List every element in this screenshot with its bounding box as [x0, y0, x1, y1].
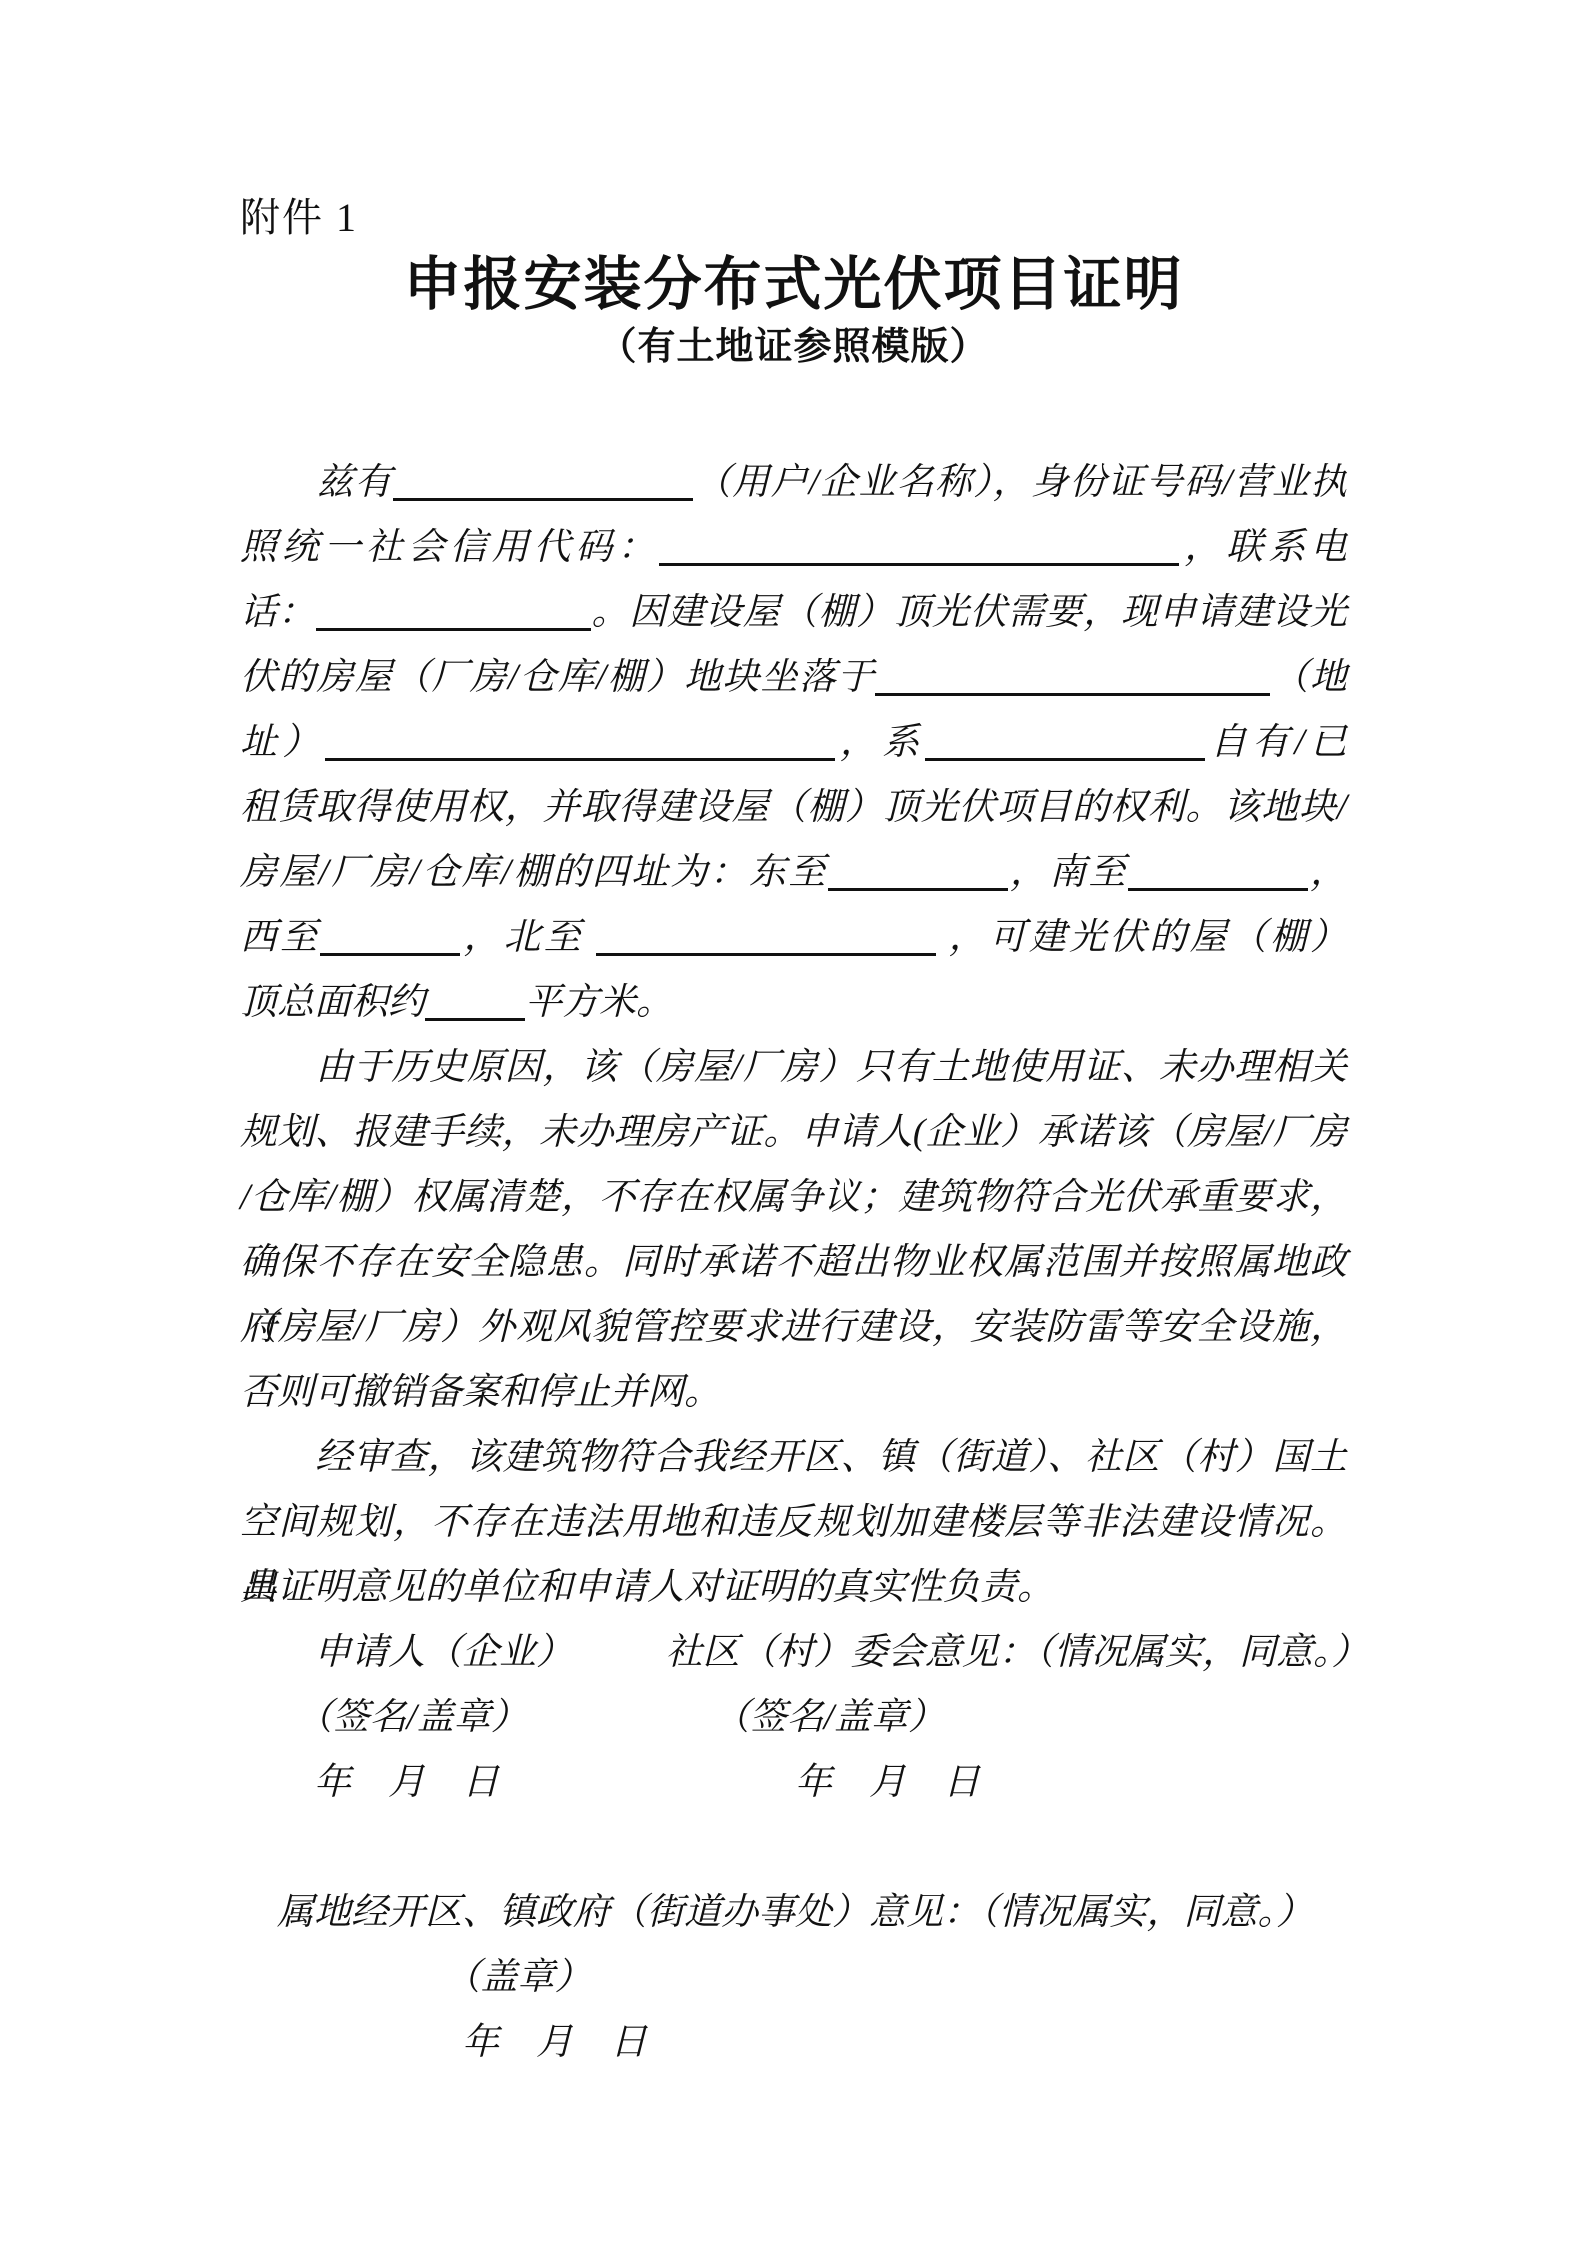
document-line: [240, 1815, 1347, 1880]
text-run: ，北至: [460, 917, 596, 958]
document-line: 规划、报建手续，未办理房产证。申请人(企业）承诺该（房屋/厂房: [240, 1100, 1347, 1165]
page-title: 申报安装分布式光伏项目证明: [240, 249, 1347, 321]
text-run: （盖章）: [240, 1957, 592, 1998]
text-run: ，系: [835, 722, 925, 763]
document-line: 顶总面积约平方米。: [240, 970, 1347, 1035]
document-line: 照统一社会信用代码：，联系电: [240, 515, 1347, 580]
text-run: 。因建设屋（棚）顶光伏需要，现申请建设光: [591, 592, 1347, 633]
page-subtitle: （有土地证参照模版）: [240, 321, 1347, 373]
document-line: 租赁取得使用权，并取得建设屋（棚）顶光伏项目的权利。该地块/: [240, 775, 1347, 840]
text-run: 申请人（企业） 社区（村）委会意见：（情况属实，同意。）: [240, 1632, 1369, 1673]
text-run: 房屋/厂房/仓库/棚的四址为：东至: [240, 852, 828, 893]
text-run: 具证明意见的单位和申请人对证明的真实性负责。: [240, 1567, 1054, 1608]
document-line: 空间规划，不存在违法用地和违反规划加建楼层等非法建设情况。出: [240, 1490, 1347, 1555]
text-run: 兹有: [240, 462, 393, 503]
document-line: 属地经开区、镇政府（街道办事处）意见：（情况属实，同意。）: [240, 1880, 1347, 1945]
text-run: 属地经开区、镇政府（街道办事处）意见：（情况属实，同意。）: [240, 1892, 1313, 1933]
fill-in-blank-underline: [925, 746, 1205, 761]
fill-in-blank-underline: [875, 681, 1270, 696]
text-run: 经审查，该建筑物符合我经开区、镇（街道）、社区（村）国土: [240, 1437, 1347, 1478]
text-run: 伏的房屋（厂房/仓库/棚）地块坐落于: [240, 657, 875, 698]
text-run: ，联系电: [1179, 527, 1347, 568]
text-run: 由于历史原因，该（房屋/厂房）只有土地使用证、未办理相关: [240, 1047, 1347, 1088]
document-line: 年 月 日: [240, 2010, 1347, 2075]
fill-in-blank-underline: [320, 941, 460, 956]
document-body: 兹有（用户/企业名称），身份证号码/营业执照统一社会信用代码：，联系电话：。因建…: [240, 450, 1347, 2075]
document-line: 伏的房屋（厂房/仓库/棚）地块坐落于（地: [240, 645, 1347, 710]
text-run: /仓库/棚）权属清楚，不存在权属争议；建筑物符合光伏承重要求，: [240, 1177, 1347, 1218]
text-run: 自有/已: [1205, 722, 1348, 763]
text-run: （签名/盖章） （签名/盖章）: [240, 1697, 945, 1738]
document-line: 话：。因建设屋（棚）顶光伏需要，现申请建设光: [240, 580, 1347, 645]
text-run: 年 月 日: [240, 2022, 647, 2063]
document-line: （签名/盖章） （签名/盖章）: [240, 1685, 1347, 1750]
text-run: 租赁取得使用权，并取得建设屋（棚）顶光伏项目的权利。该地块/: [240, 787, 1347, 828]
document-line: 否则可撤销备案和停止并网。: [240, 1360, 1347, 1425]
fill-in-blank-underline: [1128, 876, 1308, 891]
fill-in-blank-underline: [316, 616, 591, 631]
fill-in-blank-underline: [659, 551, 1179, 566]
fill-in-blank-underline: [828, 876, 1008, 891]
document-line: 由于历史原因，该（房屋/厂房）只有土地使用证、未办理相关: [240, 1035, 1347, 1100]
document-line: 址），系自有/已: [240, 710, 1347, 775]
text-run: （房屋/厂房）外观风貌管控要求进行建设，安装防雷等安全设施，: [240, 1307, 1347, 1348]
text-run: 照统一社会信用代码：: [240, 527, 659, 568]
text-run: 否则可撤销备案和停止并网。: [240, 1372, 721, 1413]
text-run: 址）: [240, 722, 325, 763]
document-line: 年 月 日 年 月 日: [240, 1750, 1347, 1815]
text-run: 西至: [240, 917, 320, 958]
document-line: 兹有（用户/企业名称），身份证号码/营业执: [240, 450, 1347, 515]
text-run: 规划、报建手续，未办理房产证。申请人(企业）承诺该（房屋/厂房: [240, 1112, 1347, 1153]
document-line: 房屋/厂房/仓库/棚的四址为：东至，南至，: [240, 840, 1347, 905]
text-run: 话：: [240, 592, 316, 633]
text-run: （地: [1270, 657, 1347, 698]
document-line: 西至，北至 ，可建光伏的屋（棚）: [240, 905, 1347, 970]
text-run: 年 月 日 年 月 日: [240, 1762, 980, 1803]
fill-in-blank-underline: [393, 486, 693, 501]
document-line: /仓库/棚）权属清楚，不存在权属争议；建筑物符合光伏承重要求，: [240, 1165, 1347, 1230]
document-line: 确保不存在安全隐患。同时承诺不超出物业权属范围并按照属地政府: [240, 1230, 1347, 1295]
fill-in-blank-underline: [596, 941, 936, 956]
text-run: 平方米。: [525, 982, 673, 1023]
text-run: ，可建光伏的屋（棚）: [936, 917, 1347, 958]
document-line: （盖章）: [240, 1945, 1347, 2010]
attachment-label: 附件 1: [240, 195, 1347, 241]
fill-in-blank-underline: [425, 1006, 525, 1021]
document-line: 申请人（企业） 社区（村）委会意见：（情况属实，同意。）: [240, 1620, 1347, 1685]
fill-in-blank-underline: [325, 746, 835, 761]
text-run: （用户/企业名称），身份证号码/营业执: [693, 462, 1347, 503]
document-line: 具证明意见的单位和申请人对证明的真实性负责。: [240, 1555, 1347, 1620]
text-run: ，: [1308, 852, 1347, 893]
document-line: （房屋/厂房）外观风貌管控要求进行建设，安装防雷等安全设施，: [240, 1295, 1347, 1360]
document-line: 经审查，该建筑物符合我经开区、镇（街道）、社区（村）国土: [240, 1425, 1347, 1490]
text-run: ，南至: [1008, 852, 1128, 893]
document-page: 附件 1 申报安装分布式光伏项目证明 （有土地证参照模版） 兹有（用户/企业名称…: [0, 0, 1587, 2245]
text-run: 顶总面积约: [240, 982, 425, 1023]
